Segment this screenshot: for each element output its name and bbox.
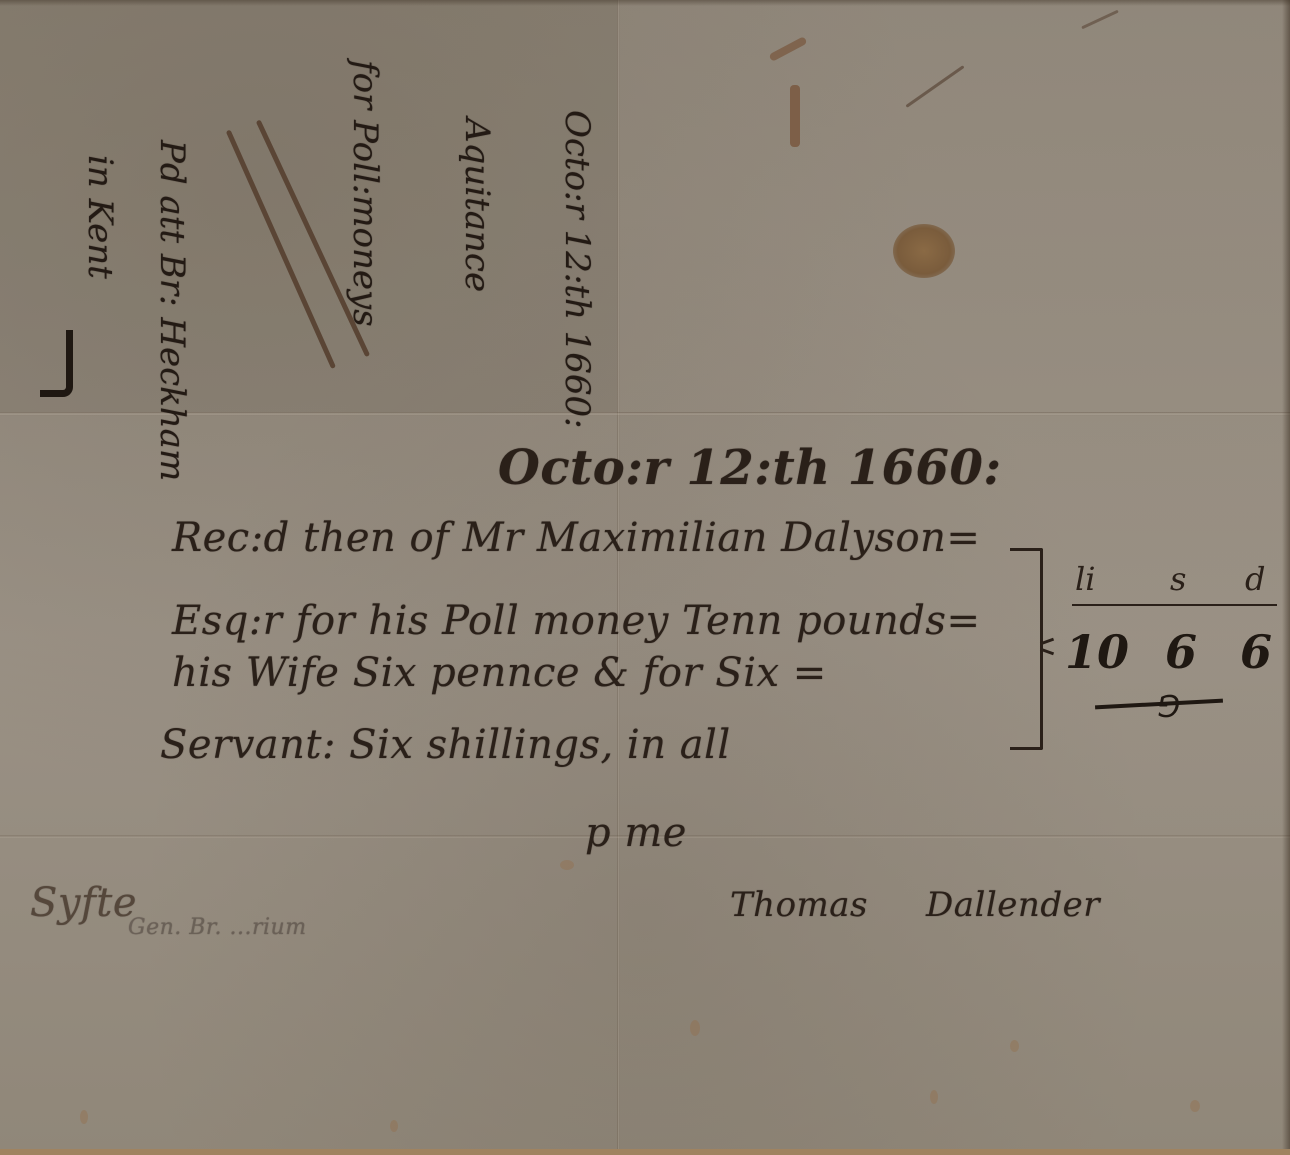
sum-header-pounds: li: [1075, 560, 1095, 598]
ink-stain: [905, 65, 964, 108]
line-separator: =: [793, 650, 827, 696]
foxing-spot: [560, 860, 574, 870]
frame-edge: [0, 0, 1290, 6]
docket-note: Syfte: [30, 880, 137, 926]
stain-hole: [893, 224, 955, 278]
document-sheet: Octo:r 12:th 1660: Aquitance for Poll:mo…: [0, 0, 1290, 1155]
endorsement-line: Pd att Br: Heckham: [152, 140, 192, 481]
signature-surname: Dallender: [926, 885, 1100, 925]
receipt-line: p me: [585, 810, 687, 856]
receipt-line: Rec:d then of Mr Maximilian Dalyson=: [172, 515, 980, 561]
foxing-spot: [1010, 1040, 1019, 1052]
receipt-line-text: Esq:r for his Poll money Tenn pounds: [172, 598, 946, 644]
signature-first-name: Thomas: [730, 885, 868, 925]
ink-stain: [768, 36, 807, 62]
sum-mark: ⅁: [1157, 690, 1180, 725]
flourish-mark: [40, 330, 73, 397]
sum-header-underline: [1072, 604, 1277, 606]
receipt-date: Octo:r 12:th 1660:: [498, 440, 1002, 496]
sum-bracket: [1010, 548, 1043, 750]
receipt-line: Esq:r for his Poll money Tenn pounds=: [172, 598, 980, 644]
receipt-line-text: Rec:d then of Mr Maximilian Dalyson: [172, 515, 946, 561]
horizontal-fold-line-upper: [0, 412, 1290, 416]
foxing-spot: [80, 1110, 88, 1124]
receipt-line-text: Servant: Six shillings, in all: [160, 722, 731, 768]
line-separator: =: [946, 598, 980, 644]
foxing-spot: [930, 1090, 938, 1104]
endorsement-line: Aquitance: [457, 118, 497, 292]
receipt-line-text: his Wife Six pennce & for Six: [172, 650, 780, 696]
vertical-fold-line: [617, 0, 620, 1155]
endorsement: Octo:r 12:th 1660: Aquitance for Poll:mo…: [0, 0, 617, 412]
receipt-line: Servant: Six shillings, in all: [160, 722, 731, 768]
line-separator: =: [946, 515, 980, 561]
frame-edge: [0, 1149, 1290, 1155]
frame-edge: [1282, 0, 1290, 1155]
ink-stain: [790, 85, 800, 147]
sum-value-pounds: 10: [1065, 625, 1129, 679]
sum-value-shillings: 6: [1165, 625, 1197, 679]
sum-header-pence: d: [1245, 560, 1265, 598]
foxing-spot: [390, 1120, 398, 1132]
sum-value-pence: 6: [1240, 625, 1272, 679]
ink-stain: [1081, 10, 1119, 30]
endorsement-line: for Poll:moneys: [345, 60, 385, 327]
endorsement-line: in Kent: [80, 155, 120, 279]
signature: ThomasDallender: [730, 885, 1100, 925]
foxing-spot: [690, 1020, 700, 1036]
endorsement-date: Octo:r 12:th 1660:: [557, 110, 597, 429]
sum-header-shillings: s: [1170, 560, 1186, 598]
docket-stamp: Gen. Br. ...rium: [128, 915, 307, 940]
foxing-spot: [1190, 1100, 1200, 1112]
sum-values: 10 6 6: [1060, 625, 1285, 695]
receipt-line: his Wife Six pennce & for Six =: [172, 650, 827, 696]
sum-headers: li s d: [1065, 560, 1285, 610]
